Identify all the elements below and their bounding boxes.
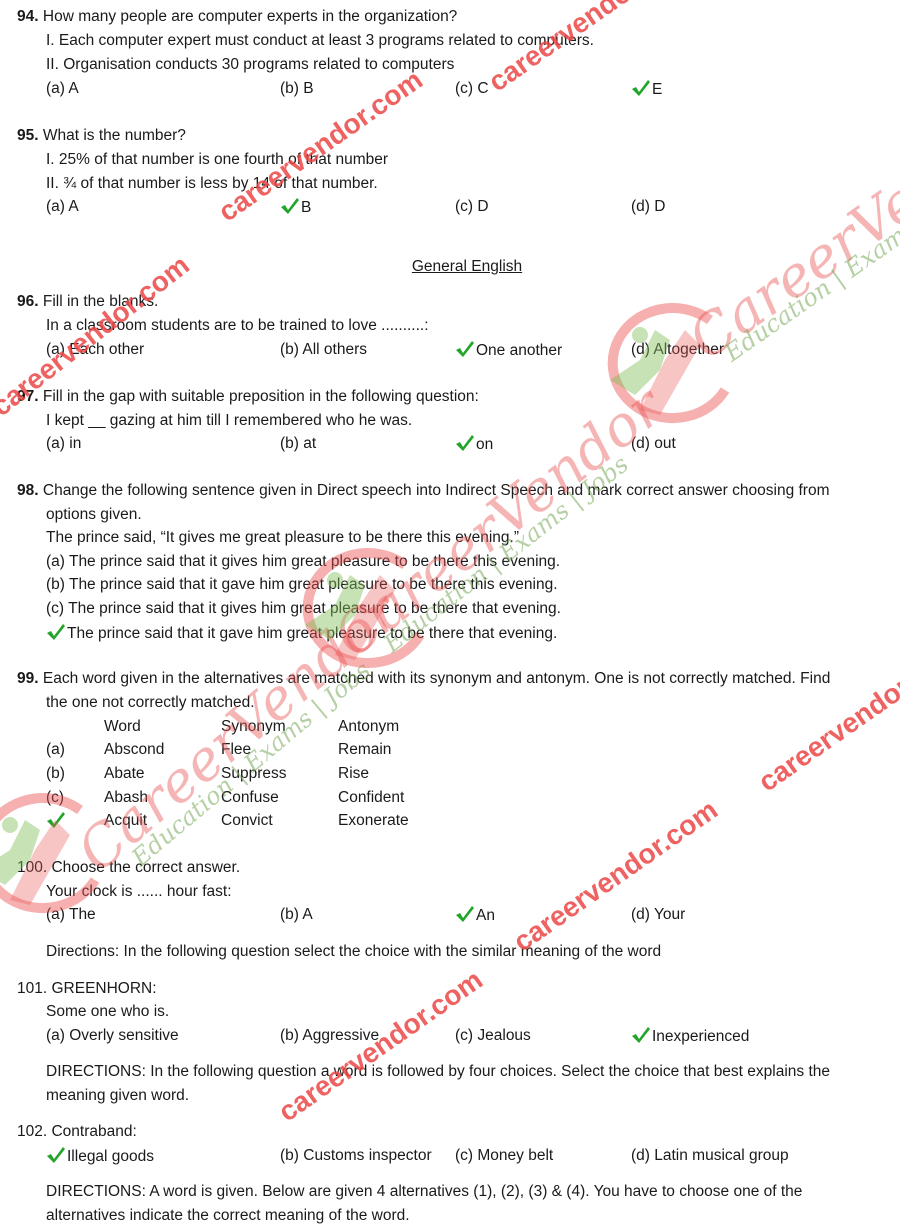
logo-emblem-icon [285,545,435,675]
watermark-domain: careervendor.com [508,794,724,959]
watermark-domain: careervendor.com [753,634,900,799]
watermark-layer: careervendor.com careervendor.com career… [0,0,900,1229]
watermark-brand: CareerVendor [322,375,675,671]
watermark-tagline: Education | Exams | Jobs [719,171,900,367]
watermark-brand: CareerVendor [677,92,900,373]
watermark-tagline: Education | Exams | Jobs [378,450,633,658]
watermark-domain: careervendor.com [0,249,196,423]
watermark-tagline: Education | Exams | Jobs [126,656,375,872]
watermark-domain: careervendor.com [483,0,699,98]
watermark-domain: careervendor.com [273,964,489,1129]
logo-emblem-icon [0,790,110,920]
watermark-brand: CareerVendor [66,580,412,885]
watermark-domain: careervendor.com [213,64,429,229]
logo-emblem-icon [590,300,740,430]
exam-page: 94. How many people are computer experts… [0,0,900,1229]
